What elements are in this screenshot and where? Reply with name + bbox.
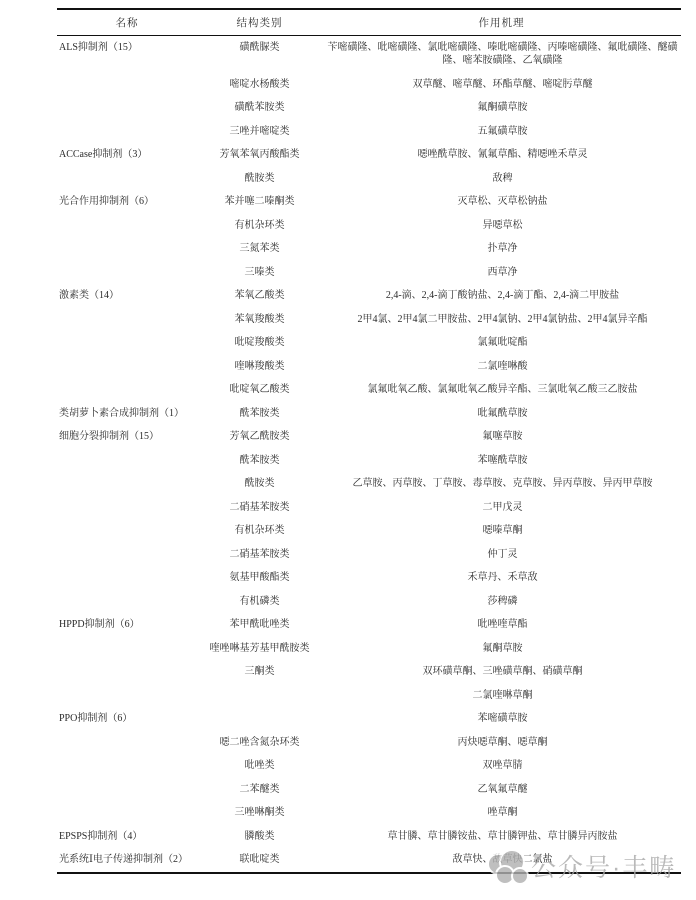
mechanism-agents-cell: 氟噻草胺	[322, 425, 681, 449]
structure-category-cell: 嘧啶水杨酸类	[197, 73, 322, 97]
structure-category-cell: 有机磷类	[197, 590, 322, 614]
table-row: 有机杂环类 噁嗪草酮	[57, 519, 681, 543]
mechanism-agents-cell: 禾草丹、禾草敌	[322, 566, 681, 590]
inhibitor-group-cell: 激素类（14）	[57, 284, 197, 308]
table-row: 二氯喹啉草酮	[57, 684, 681, 708]
mechanism-agents-cell: 扑草净	[322, 237, 681, 261]
mechanism-agents-cell: 五氟磺草胺	[322, 120, 681, 144]
structure-category-cell: 三唑并嘧啶类	[197, 120, 322, 144]
mechanism-agents-cell: 双环磺草酮、三唑磺草酮、硝磺草酮	[322, 660, 681, 684]
structure-category-cell: 喹唑啉基芳基甲酰胺类	[197, 637, 322, 661]
table-row: ACCase抑制剂（3） 芳氧苯氧丙酸酯类 噁唑酰草胺、氰氟草酯、精噁唑禾草灵	[57, 143, 681, 167]
table-row: 三酮类 双环磺草酮、三唑磺草酮、硝磺草酮	[57, 660, 681, 684]
table-row: 磺酰苯胺类 氟酮磺草胺	[57, 96, 681, 120]
mechanism-agents-cell: 苄嘧磺隆、吡嘧磺隆、氯吡嘧磺隆、嗪吡嘧磺隆、丙嗪嘧磺隆、氟吡磺隆、醚磺隆、嘧苯胺…	[322, 36, 681, 73]
header-mechanism: 作用机理	[322, 9, 681, 36]
table-row: 有机磷类 莎稗磷	[57, 590, 681, 614]
structure-category-cell: 吡唑类	[197, 754, 322, 778]
inhibitor-group-cell	[57, 378, 197, 402]
herbicide-table-container: 名称 结构类别 作用机理 ALS抑制剂（15） 磺酰脲类 苄嘧磺隆、吡嘧磺隆、氯…	[57, 8, 681, 874]
structure-category-cell: 芳氧乙酰胺类	[197, 425, 322, 449]
table-row: 细胞分裂抑制剂（15） 芳氧乙酰胺类 氟噻草胺	[57, 425, 681, 449]
table-row: 三嗪类 西草净	[57, 261, 681, 285]
structure-category-cell: 苯氧乙酸类	[197, 284, 322, 308]
table-row: 酰胺类 乙草胺、丙草胺、丁草胺、毒草胺、克草胺、异丙草胺、异丙甲草胺	[57, 472, 681, 496]
table-row: 二苯醚类 乙氧氟草醚	[57, 778, 681, 802]
mechanism-agents-cell: 灭草松、灭草松钠盐	[322, 190, 681, 214]
inhibitor-group-cell	[57, 167, 197, 191]
structure-category-cell: 酰苯胺类	[197, 402, 322, 426]
structure-category-cell: 三唑啉酮类	[197, 801, 322, 825]
table-row: 光合作用抑制剂（6） 苯并噻二嗪酮类 灭草松、灭草松钠盐	[57, 190, 681, 214]
table-row: 三唑啉酮类 唑草酮	[57, 801, 681, 825]
structure-category-cell: 吡啶羧酸类	[197, 331, 322, 355]
mechanism-agents-cell: 2甲4氯、2甲4氯二甲胺盐、2甲4氯钠、2甲4氯钠盐、2甲4氯异辛酯	[322, 308, 681, 332]
structure-category-cell	[197, 707, 322, 731]
inhibitor-group-cell	[57, 331, 197, 355]
inhibitor-group-cell: HPPD抑制剂（6）	[57, 613, 197, 637]
mechanism-agents-cell: 二甲戊灵	[322, 496, 681, 520]
inhibitor-group-cell	[57, 308, 197, 332]
table-row: 吡啶氧乙酸类 氯氟吡氧乙酸、氯氟吡氧乙酸异辛酯、三氯吡氧乙酸三乙胺盐	[57, 378, 681, 402]
inhibitor-group-cell	[57, 120, 197, 144]
inhibitor-group-cell	[57, 684, 197, 708]
structure-category-cell: 三嗪类	[197, 261, 322, 285]
mechanism-agents-cell: 乙氧氟草醚	[322, 778, 681, 802]
structure-category-cell: 芳氧苯氧丙酸酯类	[197, 143, 322, 167]
mechanism-agents-cell: 吡唑喹草酯	[322, 613, 681, 637]
mechanism-agents-cell: 苯噻酰草胺	[322, 449, 681, 473]
mechanism-agents-cell: 二氯喹啉酸	[322, 355, 681, 379]
inhibitor-group-cell	[57, 590, 197, 614]
inhibitor-group-cell	[57, 261, 197, 285]
table-row: 酰苯胺类 苯噻酰草胺	[57, 449, 681, 473]
table-header: 名称 结构类别 作用机理	[57, 9, 681, 36]
mechanism-agents-cell: 吡氟酰草胺	[322, 402, 681, 426]
mechanism-agents-cell: 乙草胺、丙草胺、丁草胺、毒草胺、克草胺、异丙草胺、异丙甲草胺	[322, 472, 681, 496]
structure-category-cell: 酰苯胺类	[197, 449, 322, 473]
inhibitor-group-cell	[57, 73, 197, 97]
structure-category-cell: 二苯醚类	[197, 778, 322, 802]
inhibitor-group-cell	[57, 543, 197, 567]
inhibitor-group-cell	[57, 566, 197, 590]
mechanism-agents-cell: 2,4-滴、2,4-滴丁酸钠盐、2,4-滴丁酯、2,4-滴二甲胺盐	[322, 284, 681, 308]
mechanism-agents-cell: 敌稗	[322, 167, 681, 191]
table-row: 喹唑啉基芳基甲酰胺类 氟酮草胺	[57, 637, 681, 661]
inhibitor-group-cell	[57, 731, 197, 755]
mechanism-agents-cell: 西草净	[322, 261, 681, 285]
inhibitor-group-cell: EPSPS抑制剂（4）	[57, 825, 197, 849]
inhibitor-group-cell: 类胡萝卜素合成抑制剂（1）	[57, 402, 197, 426]
table-row: 噁二唑含氮杂环类 丙炔噁草酮、噁草酮	[57, 731, 681, 755]
table-row: 激素类（14） 苯氧乙酸类 2,4-滴、2,4-滴丁酸钠盐、2,4-滴丁酯、2,…	[57, 284, 681, 308]
table-row: 二硝基苯胺类 仲丁灵	[57, 543, 681, 567]
structure-category-cell: 苯甲酰吡唑类	[197, 613, 322, 637]
table-row: 氨基甲酸酯类 禾草丹、禾草敌	[57, 566, 681, 590]
header-structure-category: 结构类别	[197, 9, 322, 36]
mechanism-agents-cell: 草甘膦、草甘膦铵盐、草甘膦钾盐、草甘膦异丙胺盐	[322, 825, 681, 849]
structure-category-cell: 二硝基苯胺类	[197, 496, 322, 520]
table-row: EPSPS抑制剂（4） 膦酸类 草甘膦、草甘膦铵盐、草甘膦钾盐、草甘膦异丙胺盐	[57, 825, 681, 849]
structure-category-cell: 二硝基苯胺类	[197, 543, 322, 567]
table-row: 吡啶羧酸类 氯氟吡啶酯	[57, 331, 681, 355]
inhibitor-group-cell	[57, 214, 197, 238]
herbicide-table: 名称 结构类别 作用机理 ALS抑制剂（15） 磺酰脲类 苄嘧磺隆、吡嘧磺隆、氯…	[57, 8, 681, 874]
inhibitor-group-cell: PPO抑制剂（6）	[57, 707, 197, 731]
mechanism-agents-cell: 氯氟吡氧乙酸、氯氟吡氧乙酸异辛酯、三氯吡氧乙酸三乙胺盐	[322, 378, 681, 402]
header-name: 名称	[57, 9, 197, 36]
inhibitor-group-cell	[57, 801, 197, 825]
inhibitor-group-cell	[57, 96, 197, 120]
structure-category-cell: 吡啶氧乙酸类	[197, 378, 322, 402]
structure-category-cell: 三酮类	[197, 660, 322, 684]
inhibitor-group-cell: 细胞分裂抑制剂（15）	[57, 425, 197, 449]
structure-category-cell: 有机杂环类	[197, 519, 322, 543]
mechanism-agents-cell: 氟酮草胺	[322, 637, 681, 661]
inhibitor-group-cell	[57, 778, 197, 802]
structure-category-cell: 酰胺类	[197, 167, 322, 191]
table-row: HPPD抑制剂（6） 苯甲酰吡唑类 吡唑喹草酯	[57, 613, 681, 637]
mechanism-agents-cell: 异噁草松	[322, 214, 681, 238]
mechanism-agents-cell: 唑草酮	[322, 801, 681, 825]
table-row: 喹啉羧酸类 二氯喹啉酸	[57, 355, 681, 379]
table-row: 三氮苯类 扑草净	[57, 237, 681, 261]
structure-category-cell: 氨基甲酸酯类	[197, 566, 322, 590]
table-row: 类胡萝卜素合成抑制剂（1） 酰苯胺类 吡氟酰草胺	[57, 402, 681, 426]
mechanism-agents-cell: 丙炔噁草酮、噁草酮	[322, 731, 681, 755]
inhibitor-group-cell	[57, 519, 197, 543]
table-row: 有机杂环类 异噁草松	[57, 214, 681, 238]
structure-category-cell: 噁二唑含氮杂环类	[197, 731, 322, 755]
table-row: PPO抑制剂（6） 苯嘧磺草胺	[57, 707, 681, 731]
inhibitor-group-cell: ACCase抑制剂（3）	[57, 143, 197, 167]
mechanism-agents-cell: 敌草快、敌草快二氯盐	[322, 848, 681, 873]
table-row: 三唑并嘧啶类 五氟磺草胺	[57, 120, 681, 144]
inhibitor-group-cell	[57, 637, 197, 661]
mechanism-agents-cell: 氟酮磺草胺	[322, 96, 681, 120]
structure-category-cell: 苯氧羧酸类	[197, 308, 322, 332]
mechanism-agents-cell: 噁唑酰草胺、氰氟草酯、精噁唑禾草灵	[322, 143, 681, 167]
structure-category-cell: 酰胺类	[197, 472, 322, 496]
mechanism-agents-cell: 仲丁灵	[322, 543, 681, 567]
inhibitor-group-cell	[57, 449, 197, 473]
mechanism-agents-cell: 莎稗磷	[322, 590, 681, 614]
table-row: 吡唑类 双唑草腈	[57, 754, 681, 778]
table-body: ALS抑制剂（15） 磺酰脲类 苄嘧磺隆、吡嘧磺隆、氯吡嘧磺隆、嗪吡嘧磺隆、丙嗪…	[57, 36, 681, 873]
table-row: 光系统Ⅰ电子传递抑制剂（2） 联吡啶类 敌草快、敌草快二氯盐	[57, 848, 681, 873]
mechanism-agents-cell: 氯氟吡啶酯	[322, 331, 681, 355]
structure-category-cell	[197, 684, 322, 708]
inhibitor-group-cell	[57, 754, 197, 778]
structure-category-cell: 有机杂环类	[197, 214, 322, 238]
structure-category-cell: 膦酸类	[197, 825, 322, 849]
table-row: 酰胺类 敌稗	[57, 167, 681, 191]
table-row: 嘧啶水杨酸类 双草醚、嘧草醚、环酯草醚、嘧啶肟草醚	[57, 73, 681, 97]
inhibitor-group-cell: ALS抑制剂（15）	[57, 36, 197, 73]
mechanism-agents-cell: 双唑草腈	[322, 754, 681, 778]
structure-category-cell: 喹啉羧酸类	[197, 355, 322, 379]
structure-category-cell: 苯并噻二嗪酮类	[197, 190, 322, 214]
table-row: 苯氧羧酸类 2甲4氯、2甲4氯二甲胺盐、2甲4氯钠、2甲4氯钠盐、2甲4氯异辛酯	[57, 308, 681, 332]
structure-category-cell: 三氮苯类	[197, 237, 322, 261]
structure-category-cell: 联吡啶类	[197, 848, 322, 873]
structure-category-cell: 磺酰脲类	[197, 36, 322, 73]
mechanism-agents-cell: 苯嘧磺草胺	[322, 707, 681, 731]
mechanism-agents-cell: 双草醚、嘧草醚、环酯草醚、嘧啶肟草醚	[322, 73, 681, 97]
inhibitor-group-cell	[57, 355, 197, 379]
inhibitor-group-cell	[57, 472, 197, 496]
table-row: ALS抑制剂（15） 磺酰脲类 苄嘧磺隆、吡嘧磺隆、氯吡嘧磺隆、嗪吡嘧磺隆、丙嗪…	[57, 36, 681, 73]
mechanism-agents-cell: 二氯喹啉草酮	[322, 684, 681, 708]
inhibitor-group-cell: 光系统Ⅰ电子传递抑制剂（2）	[57, 848, 197, 873]
structure-category-cell: 磺酰苯胺类	[197, 96, 322, 120]
inhibitor-group-cell: 光合作用抑制剂（6）	[57, 190, 197, 214]
inhibitor-group-cell	[57, 496, 197, 520]
mechanism-agents-cell: 噁嗪草酮	[322, 519, 681, 543]
inhibitor-group-cell	[57, 237, 197, 261]
table-row: 二硝基苯胺类 二甲戊灵	[57, 496, 681, 520]
inhibitor-group-cell	[57, 660, 197, 684]
